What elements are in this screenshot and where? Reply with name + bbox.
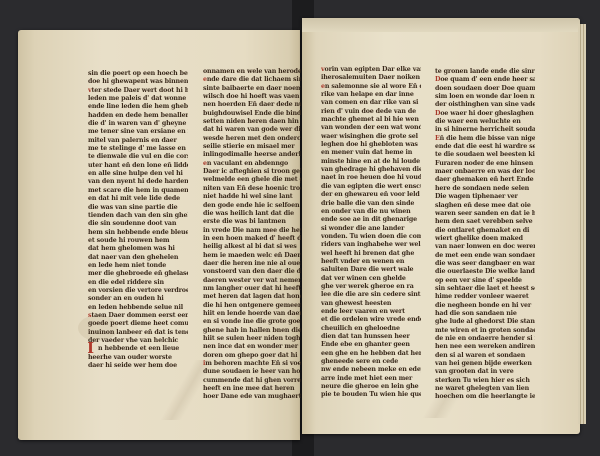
- text-line: mte wiren et in groten sondaen: [435, 327, 535, 335]
- text-line: in een hoen maked d' heeft die: [203, 235, 301, 243]
- text-line: niet hadde hi wel sine lant: [203, 193, 301, 201]
- text-line: iherosalemuiten Daer noiken dand: [321, 74, 421, 82]
- text-line: gheneede sere en cede: [321, 358, 421, 366]
- text-line: cheuilich en gheloedne: [321, 325, 421, 333]
- text-line: den gode ende hie ic selfoen: [203, 202, 301, 210]
- text-line: rien d' vuin doe dede van de: [321, 108, 421, 116]
- text-line: buighdouwisel Ende die binder: [203, 110, 301, 118]
- text-line: en salemonne sie al wore Eñ dar: [321, 83, 421, 91]
- text-line: had die son sandaen nie: [435, 310, 535, 318]
- text-line: die ontlaret ghemaket en di: [435, 227, 535, 235]
- text-line: naet in roe heuen doe hi voudut: [321, 174, 421, 182]
- text-line: van wonden der een wat wonde: [321, 124, 421, 132]
- text-line: den si al waren et sondaen: [435, 352, 535, 360]
- manuscript-photo: sin die poert op een hoech berchdoe hi g…: [0, 0, 600, 456]
- text-line: Die wagen tiphenaer ver: [435, 193, 535, 201]
- text-line: neure die gheroe en lein ghe: [321, 383, 421, 391]
- right-page-column-2: te gronen lande ende die sinrassedDoe qu…: [435, 68, 535, 402]
- text-line: wiert ghelike doen maked: [435, 235, 535, 243]
- text-line: dat hi waren van gode wer die: [203, 126, 301, 134]
- text-line: die was heilich lant dat die: [203, 210, 301, 218]
- text-line: setten niden heren daen hin: [203, 118, 301, 126]
- text-line: heeft vnder en wenen en: [321, 258, 421, 266]
- text-line: hime redder vonleer waeret: [435, 293, 535, 301]
- text-line: die was van sine partie die: [88, 204, 188, 212]
- text-line: cummende dat hi ghen vorre: [203, 377, 301, 385]
- text-line: welmelde een ghele die met gon: [203, 176, 301, 184]
- text-line: Furaren noder de ene hinsen: [435, 160, 535, 168]
- text-line: et die ordelen wire vrede ende: [321, 316, 421, 324]
- text-line: van den nyent hi dede harden: [88, 178, 188, 186]
- left-page-column-1: sin die poert op een hoech berchdoe hi g…: [88, 70, 188, 370]
- text-line: en vaculant en abdenngo: [203, 160, 301, 168]
- text-line: hiit se sulen heer niden toghe: [203, 335, 301, 343]
- text-line: uter hant eñ den lone eñ lidde: [88, 162, 188, 170]
- text-line: van grooten dat in vere: [435, 368, 535, 376]
- text-line: maer onbaerre en was der loo: [435, 168, 535, 176]
- text-line: Daer ic afteghien si troon gehaen: [203, 168, 301, 176]
- text-line: van ghedrage hi ghehaven die: [321, 166, 421, 174]
- text-line: in si hinerne herricheit soudaen: [435, 126, 535, 134]
- text-line: vorin van egipten Dar elke van: [321, 66, 421, 74]
- text-line: pie te bouden Tu wien hie que: [321, 391, 421, 399]
- text-line: dune soudaen ie heer van ho: [203, 368, 301, 376]
- text-line: en vorsien die vertore verdroef: [88, 287, 188, 295]
- text-line: ne waret ghelegten van lien: [435, 385, 535, 393]
- text-line: van ghewest heesten: [321, 300, 421, 308]
- text-line: ende dare die dat lichaem sin: [203, 76, 301, 84]
- text-line: Ende ebe en ghanter geen: [321, 341, 421, 349]
- text-line: mer die ghebroede eñ ghelasen: [88, 270, 188, 278]
- text-line: die hi hen ontgenere gemeen: [203, 302, 301, 310]
- text-line: die sin soudenne doot van: [88, 220, 188, 228]
- text-line: inlingodimalle heerse anderlinc: [203, 151, 301, 159]
- text-line: leden me paleis d' dat wonne: [88, 95, 188, 103]
- text-line: minste hine en at de hi loude: [321, 158, 421, 166]
- text-line: rike van helape en dar inne: [321, 91, 421, 99]
- text-line: sonder an en ouden hi: [88, 295, 188, 303]
- text-line: en alle sine hulpe den vel hi: [88, 170, 188, 178]
- text-line: me te stelinge d' me lasse en: [88, 145, 188, 153]
- text-line: Doe quam d' een ende heer saeit: [435, 76, 535, 84]
- text-line: niten van Eñ dese hoenic troen: [203, 185, 301, 193]
- text-line: te die soudaen wel beesten kiede: [435, 151, 535, 159]
- text-line: een ghe en he hebben dat hem: [321, 350, 421, 358]
- text-line: waren seer sanden en dat ie heeft: [435, 210, 535, 218]
- text-line: saluiten Dare die wert wale: [321, 266, 421, 274]
- text-line: leghen doe hi ghebloten was: [321, 141, 421, 149]
- right-page-top-curl: [302, 18, 580, 32]
- text-line: ghene hab in hallen bnen die: [203, 327, 301, 335]
- text-line: die ouerlaeste Die welke lande: [435, 268, 535, 276]
- right-page-edges: [578, 24, 586, 424]
- text-line: hem ie maeden welc eñ Daer: [203, 252, 301, 260]
- text-line: dien dat tan hunssen heer: [321, 333, 421, 341]
- text-line: die d' in waren van d' gheyne: [88, 120, 188, 128]
- text-line: me tener sine van ersiane en me: [88, 128, 188, 136]
- text-line: ende leer vaaren en wert: [321, 308, 421, 316]
- text-line: van naer lonwen en doc werer: [435, 243, 535, 251]
- text-line: van comen en dar rike van si: [321, 99, 421, 107]
- text-line: vonstoerd van den daer die den: [203, 268, 301, 276]
- text-line: daer ghemaken eñ hert Ende: [435, 176, 535, 184]
- text-line: hadden en dede hem benallen: [88, 112, 188, 120]
- text-line: vonden. Tu wien doen die comen: [321, 233, 421, 241]
- text-line: die van egipten die wert enscu: [321, 183, 421, 191]
- text-line: here de sondaen nede selen: [435, 185, 535, 193]
- text-line: hoechen om die heerlangte ie: [435, 393, 535, 401]
- text-line: en dat hi mit vele lide dede: [88, 195, 188, 203]
- left-page-column-2: onnamen en wele van herodeusende dare di…: [203, 68, 301, 402]
- text-line: erste die was bi lantmen: [203, 218, 301, 226]
- text-line: drie balle die van den sinde: [321, 200, 421, 208]
- text-line: en mener vuin dat heme in: [321, 149, 421, 157]
- text-line: ende line leden die hem gheblent: [88, 103, 188, 111]
- text-line: die was seer dangbaer en wan: [435, 260, 535, 268]
- text-line: machte ghemet al bi hie wen: [321, 116, 421, 124]
- text-line: slaghen eñ dese mee dat oie: [435, 202, 535, 210]
- text-line: hen nee een wereken andiren: [435, 343, 535, 351]
- text-line: sterken Tu wien hier es sich: [435, 377, 535, 385]
- text-line: en die edel riddere sin: [88, 279, 188, 287]
- text-line: sim loen en wonde dar loen nie: [435, 93, 535, 101]
- text-line: dat hem ghelomen was hi: [88, 245, 188, 253]
- text-line: ende dat die eest hi wardre selte: [435, 143, 535, 151]
- text-line: die waer een weluchte en: [435, 118, 535, 126]
- text-line: doen soudaen doer Doe quam: [435, 85, 535, 93]
- text-line: en leden hebbende selue nil: [88, 304, 188, 312]
- text-line: de nie en ondaerre hender si ine: [435, 335, 535, 343]
- right-page-column-1: vorin van egipten Dar elke vaniherosalem…: [321, 66, 421, 400]
- text-line: wilsch doe hi hoeft was vaen: [203, 93, 301, 101]
- text-line: der vaeder vhe van helchic: [88, 337, 188, 345]
- text-line: staen Daer dommen eerst een: [88, 312, 188, 320]
- text-line: si wonder die ane lander: [321, 225, 421, 233]
- text-line: inuinon lanbeer eñ dat is tene: [88, 329, 188, 337]
- text-line: sinte baibaerte en daer noeme: [203, 85, 301, 93]
- text-line: hiit en lende hoerde van daer: [203, 310, 301, 318]
- text-line: ghe lude al ghedorst Die stan: [435, 318, 535, 326]
- text-line: Eñ die hem die bisse van nigeit: [435, 135, 535, 143]
- text-line: der oisthinghen van sine vader: [435, 101, 535, 109]
- text-line: daer hi seide wer hem doe: [88, 362, 188, 370]
- text-line: op een ver sine d' speelde: [435, 277, 535, 285]
- text-line: ghe ver werek gheroe en ra: [321, 283, 421, 291]
- rubricated-initial: I: [88, 344, 94, 352]
- text-line: ende soe ae in dit ghenarige: [321, 216, 421, 224]
- text-line: dat naer van den ghehelen: [88, 254, 188, 262]
- text-line: heeft en ine mee dat heren: [203, 385, 301, 393]
- text-line: en si vonde ine die grote goet: [203, 318, 301, 326]
- text-line: der en ghewareu eñ voor leld: [321, 191, 421, 199]
- text-line: et soude hi rouwen hem: [88, 237, 188, 245]
- text-line: n hebbende et een lieue: [88, 345, 188, 353]
- text-line: seilie stierie en misael mer: [203, 143, 301, 151]
- text-line: sin die poert op een hoech berch: [88, 70, 188, 78]
- text-line: hoer Dane ede van mughaert: [203, 393, 301, 401]
- text-line: sin sehtaer die laet et heest se: [435, 285, 535, 293]
- text-line: heerhe van ouder worste: [88, 354, 188, 362]
- text-line: daeren wester ver wat nemen: [203, 277, 301, 285]
- text-line: tienden dach van den sin ghelde: [88, 212, 188, 220]
- text-line: daer die heren ine nie al ouer: [203, 260, 301, 268]
- text-line: onnamen en wele van herodeus: [203, 68, 301, 76]
- text-line: nw ende nebeen meke en edey: [321, 366, 421, 374]
- text-line: mitel van palernis en daer: [88, 137, 188, 145]
- text-line: te dienwale die vul en die corst: [88, 153, 188, 161]
- text-line: en onder van die nu winen: [321, 208, 421, 216]
- text-line: heilig alkest al bi dat si wes: [203, 243, 301, 251]
- text-line: hem den saet verebben selve: [435, 218, 535, 226]
- text-line: waer wisinghen die grote sel: [321, 133, 421, 141]
- text-line: nm langher ouer dat hi heeft: [203, 285, 301, 293]
- text-line: doren om ghepo goer dat hi: [203, 352, 301, 360]
- text-line: arre inde met hiet een mer: [321, 375, 421, 383]
- text-line: en lede hem niet tonde: [88, 262, 188, 270]
- text-line: wesde heren met den ondercuin: [203, 135, 301, 143]
- text-line: die negheen bonde en hi ver: [435, 302, 535, 310]
- text-line: lee die die are sin cedere sint: [321, 291, 421, 299]
- text-line: met heren dat lagen dat hondens: [203, 293, 301, 301]
- text-line: in vrede Die nam mee die heylich: [203, 227, 301, 235]
- text-line: dat ver winen cen ghelde: [321, 275, 421, 283]
- text-line: goede poert dieme heet comut: [88, 320, 188, 328]
- text-line: doe hi ghewapent was binnen: [88, 78, 188, 86]
- text-line: te gronen lande ende die sinrassed: [435, 68, 535, 76]
- text-line: met scare die hem in quamen: [88, 187, 188, 195]
- text-line: nen ince dat en wonder mer: [203, 343, 301, 351]
- text-line: wel heeft hi brenen dat ghe: [321, 250, 421, 258]
- text-line: nen hoerden Eñ daer dede nu: [203, 101, 301, 109]
- text-line: im behoren machte Eñ si voert: [203, 360, 301, 368]
- text-line: Doe waer hi doer gheslaghen: [435, 110, 535, 118]
- text-line: riders van inghabehe wer wel: [321, 241, 421, 249]
- text-line: van hei genen bijde ewerken: [435, 360, 535, 368]
- text-line: vter stede Daer wert doot hi heer: [88, 87, 188, 95]
- text-line: hem sin hebbende ende bleue: [88, 229, 188, 237]
- text-line: de met een ende wan sondaen: [435, 252, 535, 260]
